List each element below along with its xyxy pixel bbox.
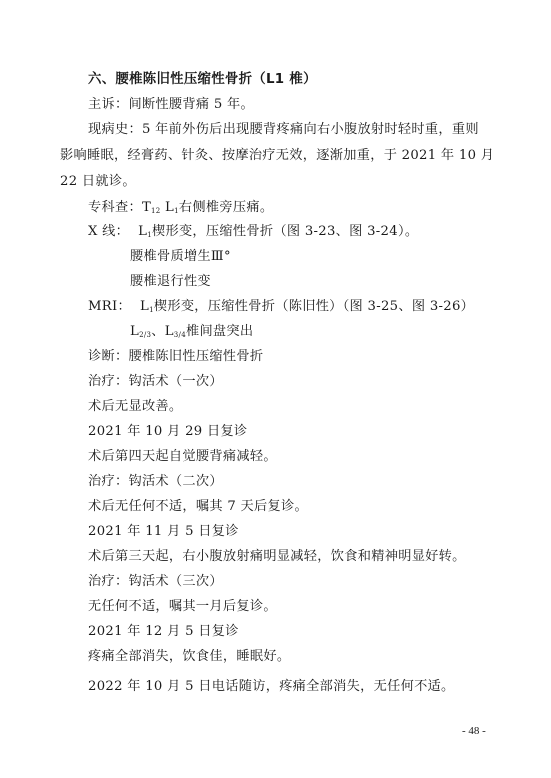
followup-note-3: 疼痛全部消失，饮食佳，睡眠好。 bbox=[88, 649, 290, 665]
treatment-1: 治疗：钩活术（一次） bbox=[88, 374, 223, 390]
followup-date-1: 2021 年 10 月 29 日复诊 bbox=[88, 424, 247, 440]
mri-l2c: 椎间盘突出 bbox=[186, 324, 253, 339]
mri-prefix: MRI： L bbox=[88, 299, 149, 314]
section-title: 六、腰椎陈旧性压缩性骨折（L1 椎） bbox=[88, 72, 317, 88]
exam-suffix: 右侧椎旁压痛。 bbox=[179, 200, 273, 215]
xray-suffix: 楔形变，压缩性骨折（图 3-23、图 3-24）。 bbox=[152, 224, 418, 239]
exam-sub1: 12 bbox=[151, 207, 161, 215]
xray-line: X 线： L1楔形变，压缩性骨折（图 3-23、图 3-24）。 bbox=[88, 224, 418, 240]
mri-l2b: 、L bbox=[151, 324, 174, 339]
followup-note-2: 术后第三天起，右小腹放射痛明显减轻，饮食和精神明显好转。 bbox=[88, 549, 466, 565]
result-1: 术后无显改善。 bbox=[88, 399, 182, 415]
mri-line: MRI： L1楔形变，压缩性骨折（陈旧性）（图 3-25、图 3-26） bbox=[88, 299, 474, 315]
exam-prefix: 专科查：T bbox=[88, 200, 151, 215]
xray-prefix: X 线： L bbox=[88, 224, 147, 239]
mri-line-2: L2/3、L3/4椎间盘突出 bbox=[130, 324, 253, 340]
treatment-3: 治疗：钩活术（三次） bbox=[88, 574, 223, 590]
exam-line: 专科查：T12 L1右侧椎旁压痛。 bbox=[88, 200, 273, 216]
result-2: 术后无任何不适，嘱其 7 天后复诊。 bbox=[88, 499, 308, 515]
mri-l2a: L bbox=[130, 324, 139, 339]
history-line-1: 现病史：5 年前外伤后出现腰背疼痛向右小腹放射时轻时重，重则 bbox=[88, 122, 479, 138]
mri-sub3: 3/4 bbox=[174, 331, 186, 339]
document-page: 六、腰椎陈旧性压缩性骨折（L1 椎） 主诉：间断性腰背痛 5 年。 现病史：5 … bbox=[0, 0, 551, 778]
mri-suffix: 楔形变，压缩性骨折（陈旧性）（图 3-25、图 3-26） bbox=[154, 299, 474, 314]
followup-note-1: 术后第四天起自觉腰背痛减轻。 bbox=[88, 449, 277, 465]
phone-followup: 2022 年 10 月 5 日电话随访，疼痛全部消失，无任何不适。 bbox=[88, 679, 455, 695]
page-number: - 48 - bbox=[462, 725, 486, 737]
history-line-3: 22 日就诊。 bbox=[60, 174, 136, 190]
diagnosis: 诊断：腰椎陈旧性压缩性骨折 bbox=[88, 349, 263, 365]
history-line-2: 影响睡眠，经膏药、针灸、按摩治疗无效，逐渐加重，于 2021 年 10 月 bbox=[60, 148, 494, 164]
followup-date-3: 2021 年 12 月 5 日复诊 bbox=[88, 624, 239, 640]
xray-line-2: 腰椎骨质增生Ⅲ° bbox=[130, 249, 231, 265]
exam-mid: L bbox=[161, 200, 175, 215]
treatment-2: 治疗：钩活术（二次） bbox=[88, 474, 223, 490]
chief-complaint: 主诉：间断性腰背痛 5 年。 bbox=[88, 97, 254, 113]
followup-date-2: 2021 年 11 月 5 日复诊 bbox=[88, 524, 239, 540]
mri-sub2: 2/3 bbox=[139, 331, 151, 339]
xray-line-3: 腰椎退行性变 bbox=[130, 274, 211, 290]
result-3: 无任何不适，嘱其一月后复诊。 bbox=[88, 599, 277, 615]
